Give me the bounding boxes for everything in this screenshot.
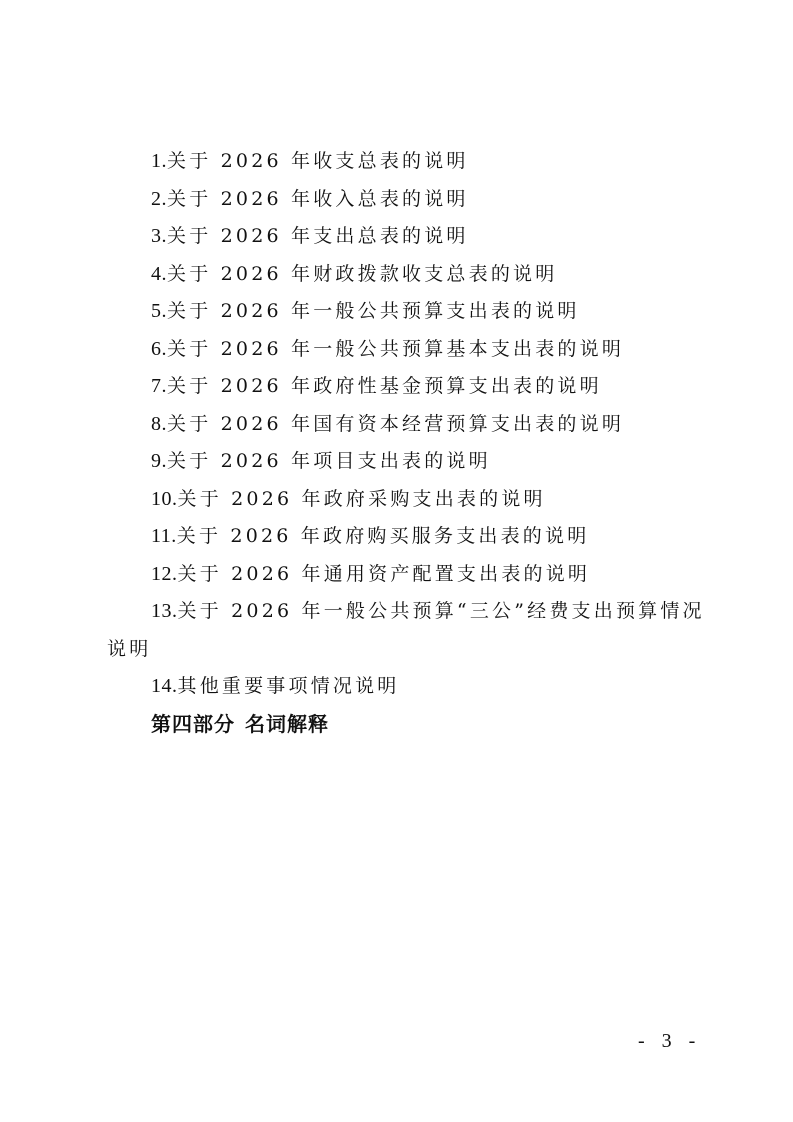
toc-item-number: 10. [151,488,178,510]
toc-item-12: 12.关于 2026 年通用资产配置支出表的说明 [107,556,687,594]
section-title: 名词解释 [245,712,329,736]
toc-item-number: 3. [151,225,167,247]
table-of-contents: 1.关于 2026 年收支总表的说明 2.关于 2026 年收入总表的说明 3.… [107,143,687,743]
section-part-label: 第四部分 [151,712,235,736]
toc-item-text: 关于 2026 年一般公共预算基本支出表的说明 [167,338,624,360]
section-heading: 第四部分名词解释 [107,706,687,744]
toc-item-text-continuation: 说明 [107,638,151,660]
document-page: 1.关于 2026 年收支总表的说明 2.关于 2026 年收入总表的说明 3.… [0,0,793,1122]
toc-item-5: 5.关于 2026 年一般公共预算支出表的说明 [107,293,687,331]
toc-item-text: 关于 2026 年政府购买服务支出表的说明 [177,525,590,547]
toc-item-text: 其他重要事项情况说明 [178,675,400,697]
toc-item-number: 1. [151,150,167,172]
toc-item-number: 5. [151,300,167,322]
toc-item-9: 9.关于 2026 年项目支出表的说明 [107,443,687,481]
toc-item-4: 4.关于 2026 年财政拨款收支总表的说明 [107,256,687,294]
toc-item-11: 11.关于 2026 年政府购买服务支出表的说明 [107,518,687,556]
toc-item-number: 4. [151,263,167,285]
toc-item-text: 关于 2026 年一般公共预算“三公”经费支出预算情况 [178,600,705,622]
toc-item-text: 关于 2026 年政府性基金预算支出表的说明 [167,375,602,397]
page-number: - 3 - [638,1030,701,1053]
toc-item-number: 6. [151,338,167,360]
toc-item-number: 12. [151,563,178,585]
toc-item-number: 14. [151,675,178,697]
toc-item-number: 2. [151,188,167,210]
toc-item-text: 关于 2026 年收入总表的说明 [167,188,469,210]
toc-item-13-continuation: 说明 [107,631,687,669]
toc-item-13: 13.关于 2026 年一般公共预算“三公”经费支出预算情况 [107,593,687,631]
toc-item-text: 关于 2026 年项目支出表的说明 [167,450,491,472]
toc-item-7: 7.关于 2026 年政府性基金预算支出表的说明 [107,368,687,406]
toc-item-14: 14.其他重要事项情况说明 [107,668,687,706]
toc-item-text: 关于 2026 年政府采购支出表的说明 [178,488,546,510]
toc-item-text: 关于 2026 年通用资产配置支出表的说明 [178,563,591,585]
toc-item-3: 3.关于 2026 年支出总表的说明 [107,218,687,256]
toc-item-text: 关于 2026 年支出总表的说明 [167,225,469,247]
toc-item-number: 7. [151,375,167,397]
toc-item-1: 1.关于 2026 年收支总表的说明 [107,143,687,181]
toc-item-text: 关于 2026 年财政拨款收支总表的说明 [167,263,557,285]
toc-item-text: 关于 2026 年一般公共预算支出表的说明 [167,300,580,322]
toc-item-number: 9. [151,450,167,472]
toc-item-text: 关于 2026 年收支总表的说明 [167,150,469,172]
toc-item-number: 13. [151,600,178,622]
toc-item-8: 8.关于 2026 年国有资本经营预算支出表的说明 [107,406,687,444]
toc-item-6: 6.关于 2026 年一般公共预算基本支出表的说明 [107,331,687,369]
toc-item-number: 8. [151,413,167,435]
toc-item-2: 2.关于 2026 年收入总表的说明 [107,181,687,219]
toc-item-number: 11. [151,525,177,547]
toc-item-10: 10.关于 2026 年政府采购支出表的说明 [107,481,687,519]
toc-item-text: 关于 2026 年国有资本经营预算支出表的说明 [167,413,624,435]
